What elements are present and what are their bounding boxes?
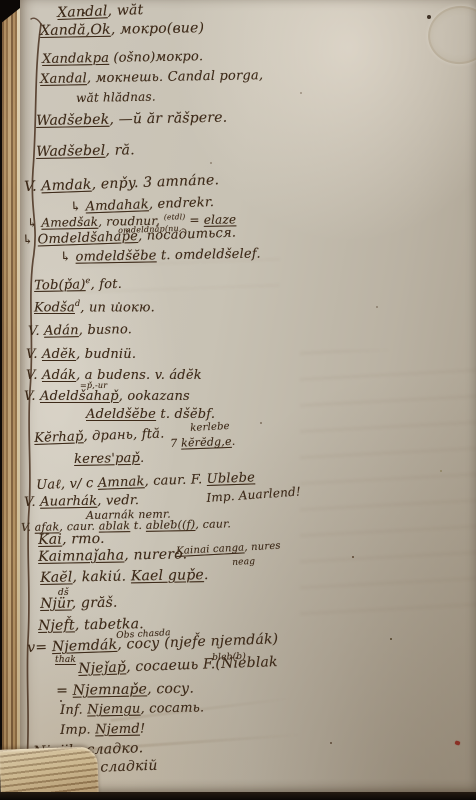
word-segment: , fot. (90, 277, 122, 293)
word-segment: Njemd (95, 722, 140, 738)
word-segment: kĕrĕdg,e (181, 435, 232, 450)
word-segment: , nures (244, 541, 281, 554)
word-segment: , grăš. (72, 595, 118, 612)
word-segment: kerlebe (190, 421, 230, 434)
manuscript-line: kerlebe (190, 422, 230, 434)
word-segment: keres'pap̌ (74, 451, 140, 467)
manuscript-line: Xandal, мокнешь. Candal porga, (40, 69, 263, 86)
manuscript-line: ↳ omdeldšĕbe t. omdeldšelef. (60, 247, 261, 263)
manuscript-line: Xandă,Ok, мокро(вие) (40, 21, 204, 38)
word-segment: Amdak (41, 177, 92, 195)
photo-bottom-edge (0, 792, 476, 800)
manuscript-line: wăt hlădnas. (76, 91, 156, 104)
word-segment: t. dšĕbf. (156, 407, 215, 422)
word-segment: , enp̌y. 3 amnáne. (91, 172, 219, 192)
word-segment: , busno. (79, 322, 133, 338)
word-segment: Xandă,Ok (40, 22, 111, 39)
manuscript-line: Adeldšĕbe t. dšĕbf. (86, 408, 215, 421)
word-segment: = (185, 213, 204, 227)
word-segment: Amdahak (85, 197, 149, 214)
word-segment: Tob(p̌a) (34, 277, 86, 293)
manuscript-line: Wadšebel, ră. (36, 143, 135, 159)
word-segment: V. (24, 495, 40, 510)
word-segment: , rmo. (62, 531, 105, 548)
manuscript-line: Kaĕl, kakiú. Kael gup̌e. (40, 568, 209, 585)
manuscript-text: Xandal, wătXandă,Ok, мокро(вие)Xandakpa … (0, 0, 476, 800)
word-segment: V. (21, 521, 35, 534)
word-segment: , endrekr. (149, 195, 215, 212)
word-segment: Amnak (98, 474, 145, 491)
word-segment: ↳ (70, 199, 86, 215)
manuscript-line: thak (55, 656, 76, 665)
word-segment: , caur. (195, 517, 231, 531)
word-segment: Kai (38, 532, 62, 548)
word-segment: , сосаешь F.(Nieblak (126, 654, 278, 675)
word-segment: thak (55, 655, 76, 665)
word-segment: Njef̌t (38, 617, 75, 634)
word-segment: Amedšak (41, 215, 98, 230)
word-segment: , caur. F. (144, 472, 207, 489)
word-segment: , kakiú. (72, 568, 131, 585)
word-segment: Wadšebek (36, 112, 110, 129)
word-segment: Kainai canga (176, 542, 245, 557)
manuscript-line: Kainai canga, nures (176, 542, 281, 557)
word-segment: Njür (40, 595, 72, 612)
manuscript-line: Njür, grăš. (40, 596, 118, 611)
manuscript-line: 7 kĕrĕdg,e. (170, 436, 236, 449)
word-segment: . (204, 567, 209, 583)
word-segment: 7 (170, 437, 181, 450)
word-segment: Xandal (40, 71, 87, 87)
word-segment: omdeldšĕbe (75, 248, 156, 264)
word-segment: Kaimnaǰaha (38, 547, 124, 565)
word-segment: Kodša (34, 300, 75, 315)
word-segment: , —ŭ ăr răšpere. (109, 110, 227, 128)
word-segment: Njemdák (52, 637, 118, 655)
word-segment: , budniü. (76, 347, 136, 362)
word-segment: Adĕk (42, 347, 76, 362)
word-segment: Xandal (57, 3, 108, 21)
word-segment: , ип шокю. (80, 300, 155, 315)
word-segment: , сладкій (91, 758, 158, 776)
word-segment: Adák (42, 368, 76, 383)
word-segment: , сосу. (147, 681, 194, 698)
word-segment: Njemgu (87, 702, 141, 718)
word-segment: = (56, 683, 73, 699)
word-segment: V. (26, 347, 42, 362)
word-segment: Xandakpa (42, 51, 109, 67)
manuscript-line: keres'pap̌. (74, 452, 144, 466)
manuscript-line: Inf. Njemgu, сосать. (60, 701, 204, 717)
manuscript-line: neag (232, 558, 256, 568)
word-segment: Njemnap̌e (73, 681, 148, 698)
manuscript-line: Wadšebek, —ŭ ăr răšpere. (36, 111, 227, 128)
word-segment: wăt hlădnas. (76, 90, 156, 105)
word-segment: Inf. (60, 703, 87, 718)
manuscript-line: Imp. Auarlend! (206, 485, 301, 504)
manuscript-line: Kĕrhap̌, дрань, ftă. (34, 427, 165, 445)
manuscript-line: V. Adeldšahap̌, ookazans (24, 390, 190, 403)
word-segment: Adán (44, 323, 79, 339)
manuscript-line: V. Adák, a budens. v. ádĕk (26, 369, 202, 382)
word-segment: Auarhák (40, 494, 97, 510)
manuscript-line: = Njemnap̌e, сосу. (56, 682, 194, 698)
word-segment: ↳ (27, 216, 42, 230)
word-segment: , сосать. (140, 700, 204, 716)
word-segment: v= (27, 639, 52, 656)
word-segment: . (231, 435, 235, 448)
word-segment: t. (130, 519, 146, 532)
manuscript-line: V. Amdak, enp̌y. 3 amnáne. (24, 173, 219, 194)
word-segment: , посадиться. (138, 226, 237, 244)
word-segment: Uaℓ, v/ c (36, 476, 98, 493)
word-segment: ↳ (22, 232, 38, 248)
manuscript-line: Xandakpa (ošno)мокро. (42, 50, 203, 66)
word-segment: Imp. (60, 722, 95, 738)
word-segment: , vedr. (97, 493, 139, 509)
word-segment: ableb((f) (146, 518, 196, 532)
word-segment: V. (26, 368, 42, 383)
word-segment: , ookazans (119, 389, 190, 404)
word-segment: . (140, 451, 145, 466)
manuscript-line: ↳ Amdahak, endrekr. (70, 196, 214, 214)
manuscript-line: Njeǰap̌, сосаешь F.(Nieblak (78, 655, 278, 676)
word-segment: (ošno)мокро. (109, 49, 203, 66)
manuscript-line: Xandal, wăt (57, 3, 144, 20)
word-segment: (etdl) (164, 212, 186, 221)
word-segment: Adeldšĕbe (86, 407, 156, 422)
word-segment: Kaĕl (40, 569, 73, 586)
word-segment: V. (24, 389, 40, 404)
word-segment: Wadšebel (36, 143, 106, 160)
manuscript-line: Tob(p̌a)e, fot. (34, 276, 122, 292)
word-segment: Adeldšahap̌ (40, 389, 119, 404)
word-segment: ! (140, 722, 146, 737)
word-segment: , мокро(вие) (111, 20, 205, 38)
manuscript-line: Imp. Njemd! (60, 723, 145, 737)
word-segment: Kĕrhap̌ (34, 429, 84, 446)
word-segment: Imp. Auarlend! (206, 484, 301, 505)
manuscript-line: Kai, rmo. (38, 532, 105, 547)
word-segment: , мокнешь. Candal porga, (87, 68, 264, 86)
manuscript-line: Kodšad, ип шокю. (34, 300, 155, 314)
word-segment: Kael gup̌e (131, 567, 204, 584)
word-segment: ↳ (60, 250, 76, 265)
manuscript-line: V. Adán, busno. (28, 323, 132, 338)
manuscript-line: V. Adĕk, budniü. (26, 348, 136, 361)
word-segment: Omdeldšahap̌e (37, 229, 138, 247)
photo-of-manuscript: Xandal, wătXandă,Ok, мокро(вие)Xandakpa … (0, 0, 476, 800)
manuscript-line: Kaimnaǰaha, nurero. (38, 547, 187, 564)
word-segment: t. omdeldšelef. (156, 246, 260, 263)
word-segment: V. (28, 324, 44, 339)
word-segment: , wăt (107, 2, 143, 19)
word-segment: Njeǰap̌ (78, 659, 126, 677)
word-segment: Ublebe (206, 470, 255, 487)
word-segment: neag (232, 557, 256, 568)
word-segment: V. (24, 178, 42, 195)
word-segment: , ră. (105, 142, 135, 159)
manuscript-line: V. Auarhák, vedr. (24, 494, 139, 509)
manuscript-line: ↳ Omdeldšahap̌e, посадиться. (22, 227, 236, 247)
word-segment: , дрань, ftă. (83, 426, 164, 444)
